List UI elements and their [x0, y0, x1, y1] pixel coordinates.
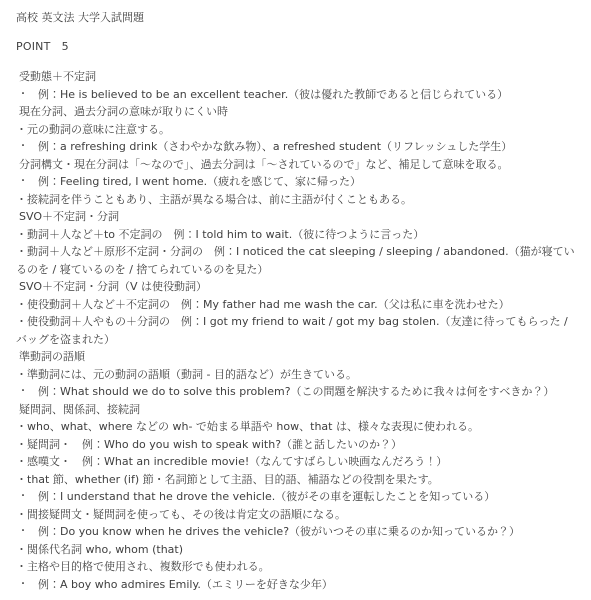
bullet-icon: ・	[16, 86, 38, 104]
section-header: 受動態＋不定詞	[16, 68, 578, 86]
bullet-icon: ・	[16, 576, 38, 594]
note-line: ・主格や目的格で使用され、複数形でも使われる。	[16, 558, 578, 576]
note-line: ・使役動詞＋人など＋不定詞の 例：My father had me wash t…	[16, 296, 578, 314]
example-line: ・例：A boy who admires Emily.（エミリーを好きな少年）	[16, 576, 578, 594]
note-line: ・使役動詞＋人やもの＋分詞の 例：I got my friend to wait…	[16, 313, 578, 348]
bullet-icon: ・	[16, 488, 38, 506]
example-line: ・例：Feeling tired, I went home.（疲れを感じて、家に…	[16, 173, 578, 191]
note-line: ・関係代名詞 who, whom (that)	[16, 541, 578, 559]
example-text: 例：A boy who admires Emily.（エミリーを好きな少年）	[38, 576, 578, 594]
example-line: ・例：I understand that he drove the vehicl…	[16, 488, 578, 506]
example-text: 例：Do you know when he drives the vehicle…	[38, 523, 578, 541]
example-text: 例：What should we do to solve this proble…	[38, 383, 578, 401]
example-text: 例：I understand that he drove the vehicle…	[38, 488, 578, 506]
example-line: ・例：What should we do to solve this probl…	[16, 383, 578, 401]
point-heading: POINT 5	[16, 38, 578, 56]
document-title: 高校 英文法 大学入試問題	[16, 9, 578, 27]
note-line: ・動詞＋人など＋to 不定詞の 例：I told him to wait.（彼に…	[16, 226, 578, 244]
section-header: 準動詞の語順	[16, 348, 578, 366]
bullet-icon: ・	[16, 138, 38, 156]
note-line: ・準動詞には、元の動詞の語順（動詞 - 目的語など）が生きている。	[16, 366, 578, 384]
note-line: ・感嘆文・ 例：What an incredible movie!（なんてすばら…	[16, 453, 578, 471]
example-text: 例：a refreshing drink（さわやかな飲み物）、a refresh…	[38, 138, 578, 156]
section-header: 分詞構文・現在分詞は「～なので」、過去分詞は「～されているので」など、補足して意…	[16, 156, 578, 174]
note-line: ・接続詞を伴うこともあり、主語が異なる場合は、前に主語が付くこともある。	[16, 191, 578, 209]
note-line: ・間接疑問文・疑問詞を使っても、その後は肯定文の語順になる。	[16, 506, 578, 524]
document-page: 高校 英文法 大学入試問題 POINT 5 受動態＋不定詞・例：He is be…	[16, 9, 578, 593]
note-line: ・元の動詞の意味に注意する。	[16, 121, 578, 139]
note-line: ・動詞＋人など＋原形不定詞・分詞の 例：I noticed the cat sl…	[16, 243, 578, 278]
note-line: ・疑問詞・ 例：Who do you wish to speak with?（誰…	[16, 436, 578, 454]
document-body: 受動態＋不定詞・例：He is believed to be an excell…	[16, 68, 578, 593]
bullet-icon: ・	[16, 383, 38, 401]
section-header: SVO＋不定詞・分詞（V は使役動詞）	[16, 278, 578, 296]
section-header: 現在分詞、過去分詞の意味が取りにくい時	[16, 103, 578, 121]
note-line: ・that 節、whether (if) 節・名詞節として主語、目的語、補語など…	[16, 471, 578, 489]
bullet-icon: ・	[16, 173, 38, 191]
example-line: ・例：He is believed to be an excellent tea…	[16, 86, 578, 104]
section-header: 疑問詞、関係詞、接続詞	[16, 401, 578, 419]
example-text: 例：Feeling tired, I went home.（疲れを感じて、家に帰…	[38, 173, 578, 191]
example-line: ・例：Do you know when he drives the vehicl…	[16, 523, 578, 541]
note-line: ・who、what、where などの wh- で始まる単語や how、that…	[16, 418, 578, 436]
example-line: ・例：a refreshing drink（さわやかな飲み物）、a refres…	[16, 138, 578, 156]
example-text: 例：He is believed to be an excellent teac…	[38, 86, 578, 104]
bullet-icon: ・	[16, 523, 38, 541]
section-header: SVO＋不定詞・分詞	[16, 208, 578, 226]
